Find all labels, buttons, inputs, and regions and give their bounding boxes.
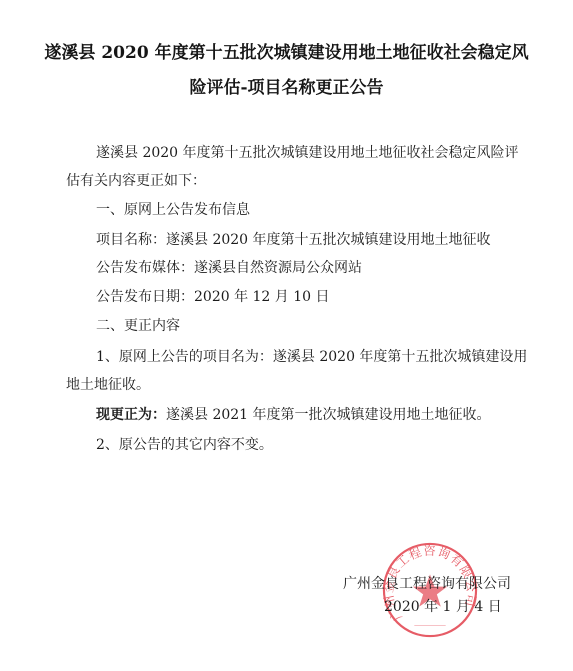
- document-title-line-2: 险评估-项目名称更正公告: [0, 78, 573, 98]
- original-publish-media: 公告发布媒体：遂溪县自然资源局公众网站: [96, 259, 362, 277]
- correction-item-1-line-1: 1、原网上公告的项目名为：遂溪县 2020 年度第十五批次城镇建设用: [96, 348, 527, 366]
- correction-item-1-line-2: 地土地征收。: [66, 376, 150, 394]
- intro-paragraph-line-1: 遂溪县 2020 年度第十五批次城镇建设用地土地征收社会稳定风险评: [96, 144, 519, 162]
- intro-paragraph-line-2: 估有关内容更正如下：: [66, 172, 206, 190]
- correction-item-2: 2、原公告的其它内容不变。: [96, 436, 273, 454]
- corrected-name-label: 现更正为：: [96, 407, 166, 423]
- section-2-heading: 二、更正内容: [96, 317, 180, 335]
- corrected-name-value: 遂溪县 2021 年度第一批次城镇建设用地土地征收。: [166, 407, 491, 423]
- signature-company-name: 广州金良工程咨询有限公司: [343, 575, 511, 593]
- section-1-heading: 一、原网上公告发布信息: [96, 201, 250, 219]
- original-project-name: 项目名称：遂溪县 2020 年度第十五批次城镇建设用地土地征收: [96, 231, 491, 249]
- corrected-name-line: 现更正为：遂溪县 2021 年度第一批次城镇建设用地土地征收。: [96, 406, 491, 424]
- signature-date: 2020 年 1 月 4 日: [384, 598, 502, 616]
- original-publish-date: 公告发布日期：2020 年 12 月 10 日: [96, 288, 330, 306]
- document-title-line-1: 遂溪县 2020 年度第十五批次城镇建设用地土地征收社会稳定风: [0, 43, 573, 63]
